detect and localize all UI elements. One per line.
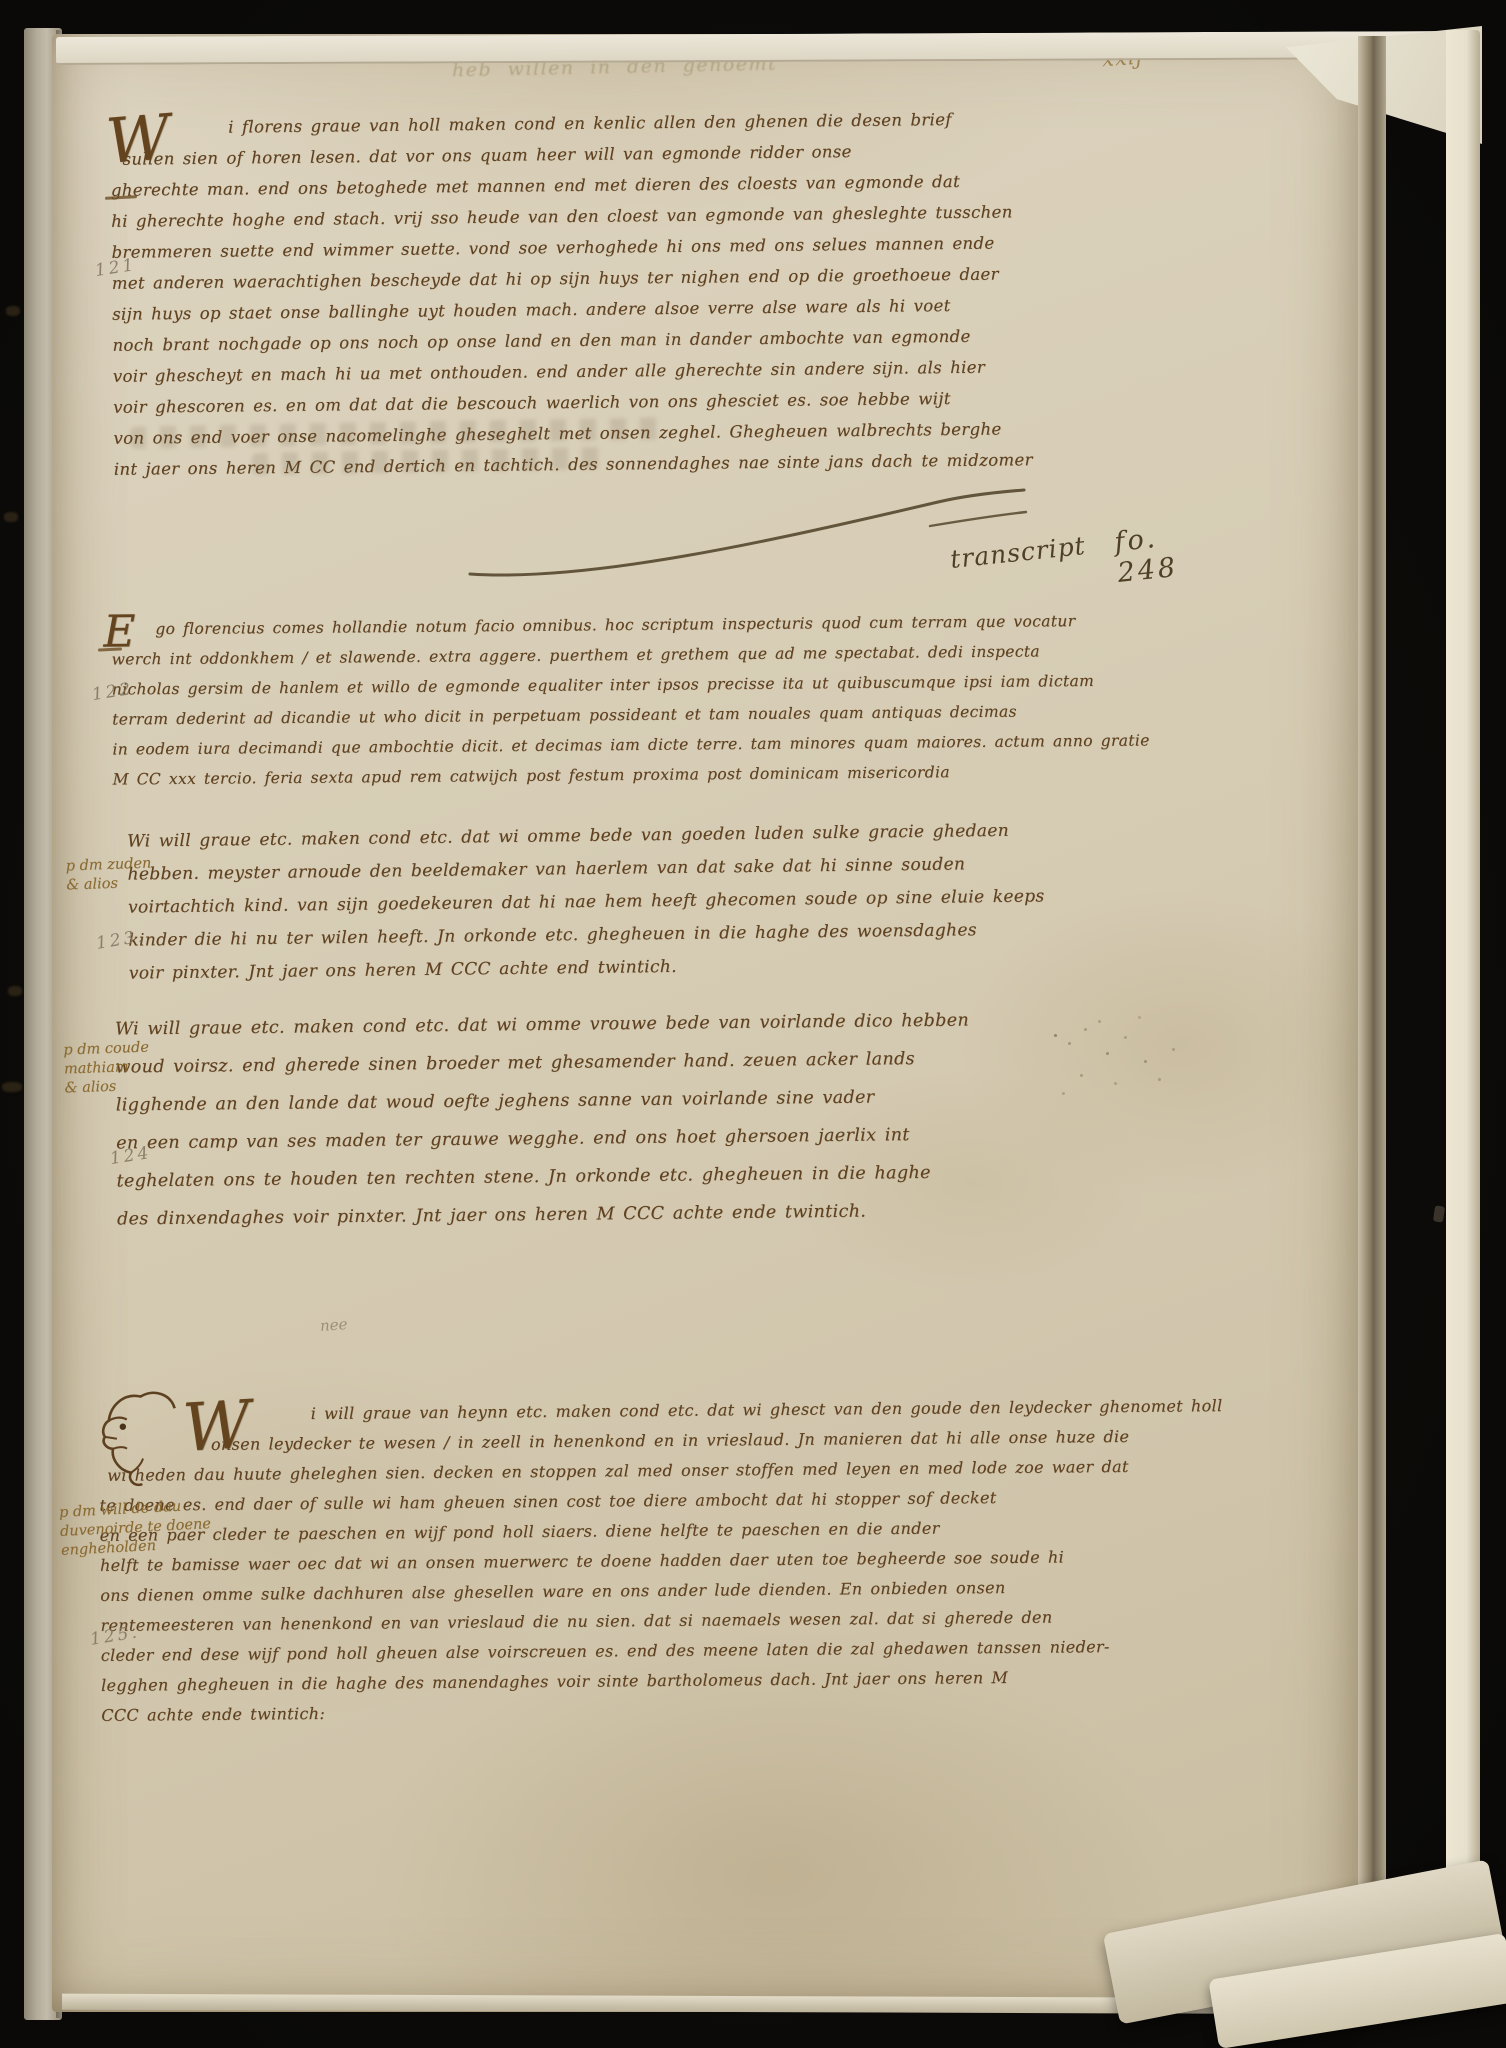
manuscript-photo: heb willen in den genoemt xxij W i flore… xyxy=(0,0,1506,2048)
transcript-note: transcript fo. 248 xyxy=(468,486,1028,586)
text-line: & alios xyxy=(66,874,152,896)
gutter-ink-fragment xyxy=(8,986,22,996)
page-stack-outer-edge xyxy=(1446,30,1480,2016)
initial-letter-W: W xyxy=(181,1386,253,1467)
manuscript-page: heb willen in den genoemt xxij W i flore… xyxy=(52,34,1364,2012)
fore-edge-crease xyxy=(1358,36,1386,2014)
paragraph-lines: go florencius comes hollandie notum faci… xyxy=(111,605,1150,794)
paragraph-lines: i will graue van heynn etc. maken cond e… xyxy=(99,1391,1226,1731)
parchment-speckles xyxy=(1054,1034,1057,1037)
page-stack-edge xyxy=(1386,34,1448,2016)
transcript-flourish xyxy=(468,486,1028,586)
initial-letter-W: W xyxy=(104,100,173,178)
text-line: & alios xyxy=(64,1077,150,1099)
initial-face-doodle xyxy=(96,1386,193,1495)
paragraph-charter-123: Wi will graue etc. maken cond etc. dat w… xyxy=(127,814,1046,990)
gutter-ink-fragment xyxy=(4,512,18,522)
margin-note-125: p dm will de dauduvenoirde te doeneenghe… xyxy=(59,1496,213,1561)
text-line: des dinxendaghes voir pinxter. Jnt jaer … xyxy=(117,1192,971,1239)
gutter-ink-fragment xyxy=(2,1082,22,1092)
paragraph-lines: Wi will graue etc. maken cond etc. dat w… xyxy=(115,1002,971,1239)
text-line: p dm coude xyxy=(63,1039,149,1061)
paragraph-charter-125: W i will graue van heynn etc. maken cond… xyxy=(99,1391,1226,1731)
paragraph-charter-122: E go florencius comes hollandie notum fa… xyxy=(111,605,1150,794)
gutter-ink-fragment xyxy=(6,306,20,316)
paragraph-charter-124: Wi will graue etc. maken cond etc. dat w… xyxy=(115,1002,971,1239)
margin-note-123: p dm zuden& alios xyxy=(65,855,152,896)
margin-note-124: p dm coudemathiam& alios xyxy=(63,1039,151,1099)
faint-ink-mark: nee xyxy=(319,1315,348,1335)
text-line: p dm zuden xyxy=(65,855,151,877)
paragraph-lines: Wi will graue etc. maken cond etc. dat w… xyxy=(127,814,1046,990)
transcript-folio-ref: fo. 248 xyxy=(1113,521,1180,589)
